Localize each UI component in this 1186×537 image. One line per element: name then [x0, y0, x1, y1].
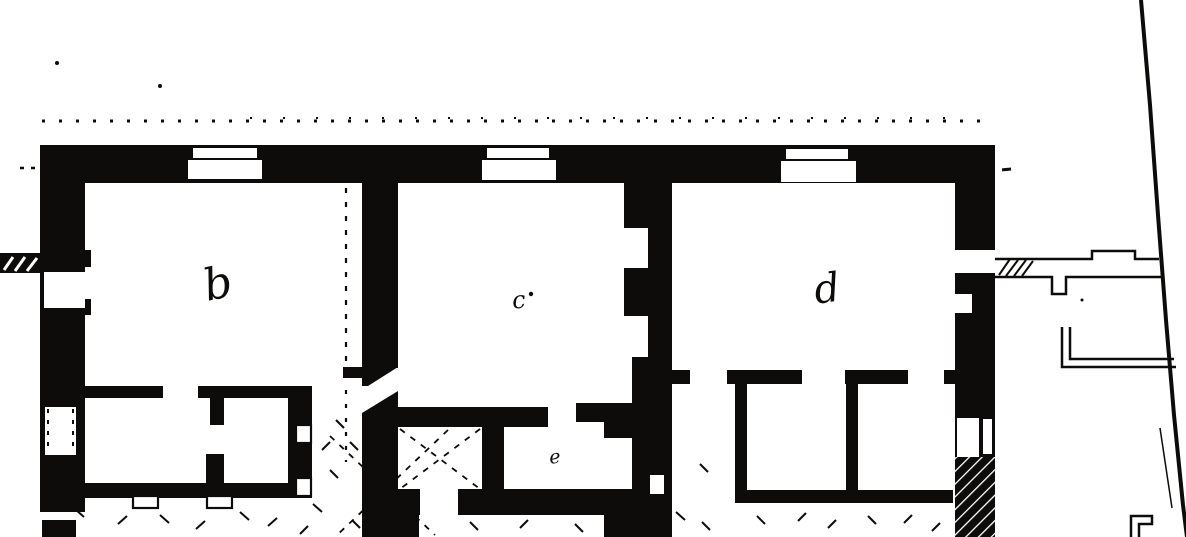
floor-plan-scan: b c d e — [0, 0, 1186, 537]
east-wall-hatched-section — [955, 457, 995, 537]
floor-plan-drawing: b c d e — [0, 0, 1186, 537]
west-wall — [40, 145, 85, 512]
room-d-south-partition — [672, 370, 690, 384]
room-b-south-partition — [80, 386, 163, 398]
vestibule-east-door-notch — [650, 475, 664, 494]
vestibule-north-wall — [398, 407, 548, 427]
room-c-label-dot — [529, 292, 533, 296]
window-room-b — [188, 148, 262, 179]
room-e-label: e — [548, 446, 561, 469]
south-wall-right-wing — [735, 490, 953, 503]
vestibule-south-doorway — [420, 487, 458, 516]
west-wall-doorway — [44, 272, 85, 308]
east-wall-lower-window — [957, 418, 992, 457]
window-room-c — [482, 148, 556, 180]
south-wall-left-wing — [58, 483, 303, 498]
east-wall-doorway — [955, 250, 995, 273]
paper-background — [0, 0, 1186, 537]
west-wall-lower-opening — [45, 407, 76, 455]
vestibule-divider-wall — [482, 407, 504, 492]
east-wall-niche — [955, 294, 972, 313]
window-room-d — [781, 149, 856, 182]
partition-b-c — [362, 183, 398, 368]
